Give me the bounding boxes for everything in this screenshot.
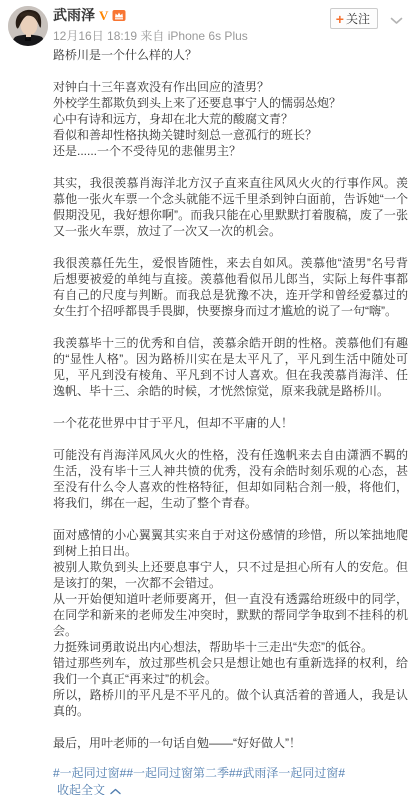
collapse-row: 收起全文	[53, 781, 408, 795]
weibo-post: + 关注 武雨泽 V 12月16日 18:19 来自 iPhone 6s Plu…	[0, 0, 415, 795]
avatar[interactable]	[8, 6, 48, 46]
chevron-down-icon[interactable]	[390, 12, 403, 30]
verified-badge-icon: V	[99, 9, 108, 22]
vip-badge-icon	[112, 9, 126, 22]
hashtag-link[interactable]: #一起同过窗#	[53, 766, 126, 780]
follow-button-label: 关注	[346, 13, 370, 25]
post-content: 武雨泽 V 12月16日 18:19 来自 iPhone 6s Plus 路桥川…	[53, 0, 408, 795]
avatar-portrait-image	[8, 6, 48, 46]
hashtag-link[interactable]: #武雨泽一起同过窗#	[236, 766, 345, 780]
follow-button[interactable]: + 关注	[330, 8, 378, 29]
timestamp-source-link[interactable]: 12月16日 18:19 来自 iPhone 6s Plus	[53, 27, 408, 42]
hashtag-row: #一起同过窗##一起同过窗第二季##武雨泽一起同过窗#	[53, 765, 408, 781]
username[interactable]: 武雨泽	[53, 5, 95, 25]
hashtag-link[interactable]: #一起同过窗第二季#	[126, 766, 235, 780]
collapse-full-text-link[interactable]: 收起全文	[57, 782, 105, 795]
chevron-up-icon[interactable]	[110, 783, 121, 795]
post-body: 路桥川是一个什么样的人？ 对钟白十三年喜欢没有作出回应的渣男？ 外校学生都欺负到…	[53, 47, 408, 751]
plus-icon: +	[336, 12, 344, 26]
